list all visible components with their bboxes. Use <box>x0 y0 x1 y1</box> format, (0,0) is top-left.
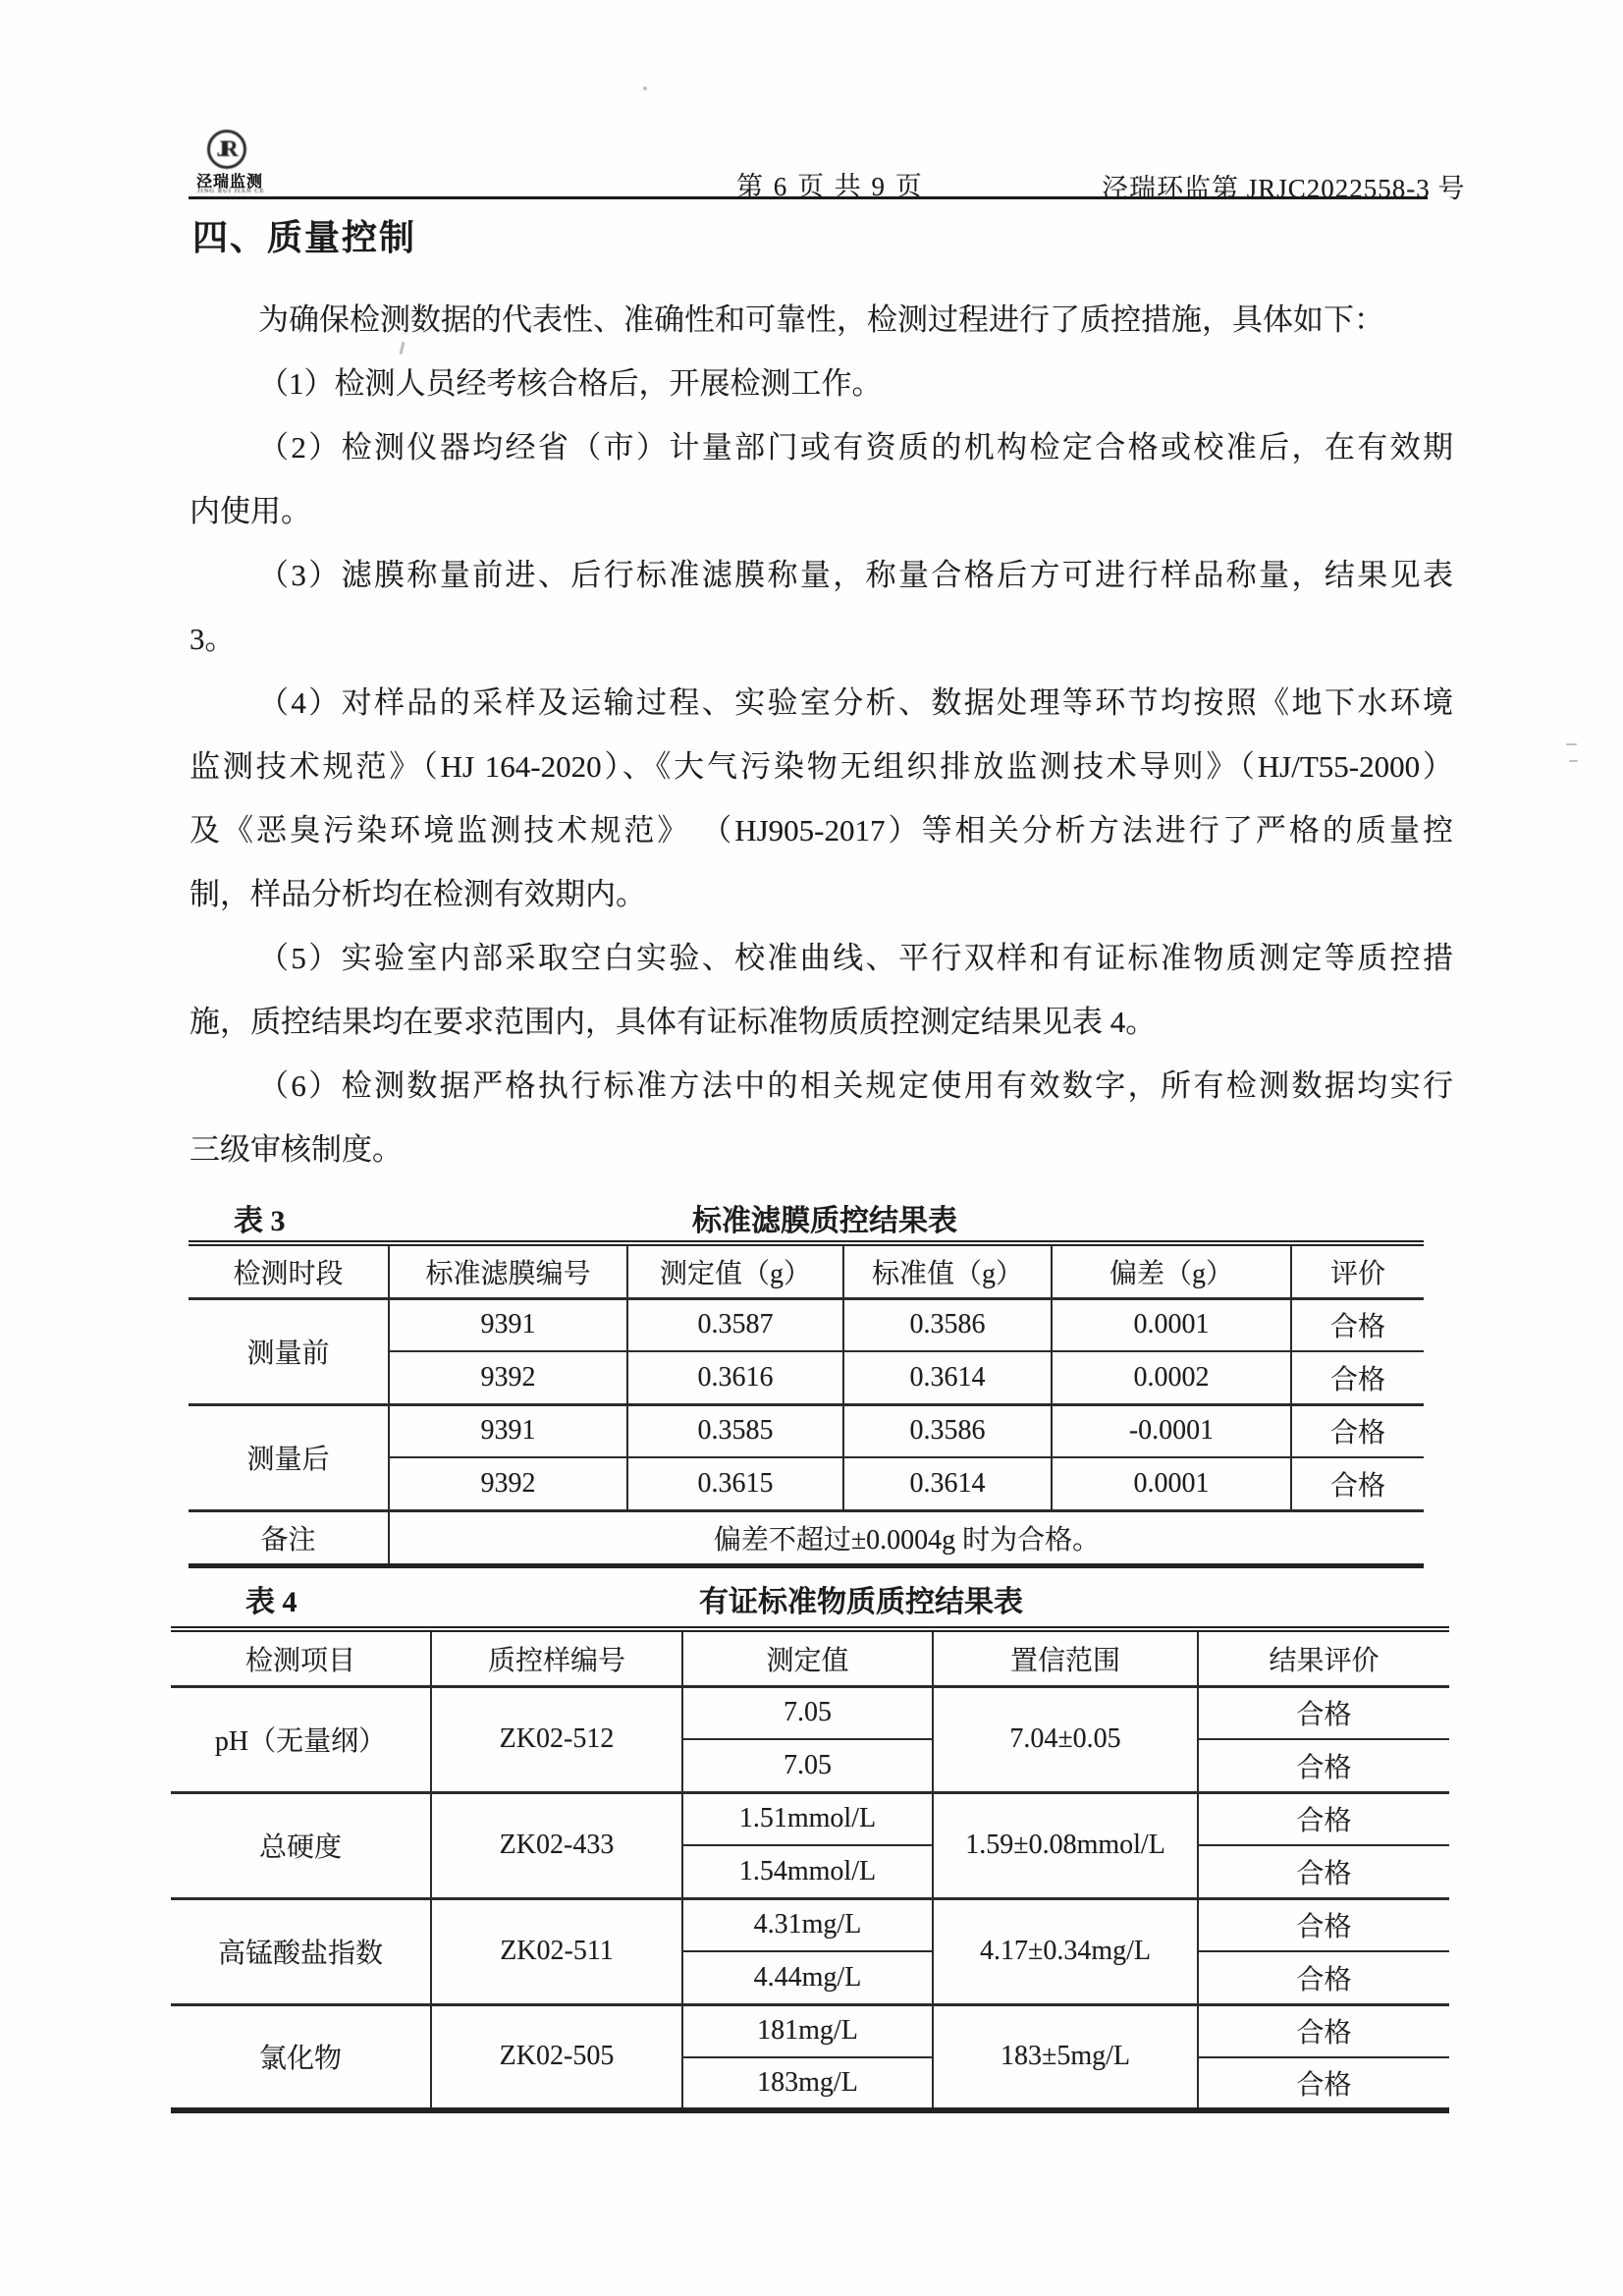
body-line: （1）检测人员经考核合格后，开展检测工作。 <box>189 352 1453 415</box>
scan-speck <box>1566 743 1577 745</box>
cell-code: ZK02-512 <box>431 1686 682 1792</box>
table-row: 氯化物 ZK02-505 181mg/L 183±5mg/L 合格 <box>171 2004 1449 2057</box>
note-label: 备注 <box>189 1510 389 1565</box>
cell-period: 测量后 <box>189 1404 389 1510</box>
report-page: JR 泾瑞监测 JING RUI JIAN CE 第 6 页 共 9 页 泾瑞环… <box>0 0 1623 2296</box>
cell: 0.0002 <box>1052 1351 1291 1404</box>
table-header-row: 检测项目 质控样编号 测定值 置信范围 结果评价 <box>171 1629 1449 1686</box>
body-line: （5）实验室内部采取空白实验、校准曲线、平行双样和有证标准物质测定等质控措 <box>189 926 1453 990</box>
header-divider <box>189 196 1428 199</box>
body-line: 及《恶臭污染环境监测技术规范》 （HJ905-2017）等相关分析方法进行了严格… <box>189 798 1453 862</box>
document-number: 泾瑞环监第 JRJC2022558-3 号 <box>1102 167 1466 205</box>
logo-pinyin: JING RUI JIAN CE <box>197 188 262 194</box>
cell: 合格 <box>1198 1686 1449 1739</box>
table-row: 测量后 9391 0.3585 0.3586 -0.0001 合格 <box>189 1404 1424 1457</box>
cell: 181mg/L <box>682 2004 933 2057</box>
body-line: （4）对样品的采样及运输过程、实验室分析、数据处理等环节均按照《地下水环境 <box>189 671 1453 735</box>
note-text: 偏差不超过±0.0004g 时为合格。 <box>389 1510 1424 1565</box>
body-line: （6）检测数据严格执行标准方法中的相关规定使用有效数字，所有检测数据均实行 <box>189 1054 1453 1118</box>
scan-speck <box>643 86 647 90</box>
cell: 1.54mmol/L <box>682 1845 933 1898</box>
cell: -0.0001 <box>1052 1404 1291 1457</box>
scan-speck <box>1569 760 1578 762</box>
column-header: 标准值（g） <box>843 1243 1052 1298</box>
cell-range: 183±5mg/L <box>933 2004 1198 2110</box>
cell: 合格 <box>1198 1792 1449 1845</box>
cell: 7.05 <box>682 1686 933 1739</box>
cell: 1.51mmol/L <box>682 1792 933 1845</box>
cell-range: 4.17±0.34mg/L <box>933 1898 1198 2004</box>
cell: 0.3616 <box>627 1351 843 1404</box>
cell: 0.3614 <box>843 1457 1052 1510</box>
body-line: （3）滤膜称量前进、后行标准滤膜称量，称量合格后方可进行样品称量，结果见表 <box>189 543 1453 607</box>
table4-caption: 有证标准物质质控结果表 <box>226 1577 1496 1620</box>
section-title: 四、质量控制 <box>192 210 416 260</box>
cell: 4.31mg/L <box>682 1898 933 1951</box>
cell: 合格 <box>1291 1298 1424 1351</box>
cell: 0.3586 <box>843 1404 1052 1457</box>
cell-item: 总硬度 <box>171 1792 431 1898</box>
cell: 0.3585 <box>627 1404 843 1457</box>
body-line: 内使用。 <box>189 479 1453 543</box>
table-row: 高锰酸盐指数 ZK02-511 4.31mg/L 4.17±0.34mg/L 合… <box>171 1898 1449 1951</box>
cell: 合格 <box>1198 1845 1449 1898</box>
cell: 0.3615 <box>627 1457 843 1510</box>
body-line: 三级审核制度。 <box>189 1118 1453 1181</box>
table-row: pH（无量纲） ZK02-512 7.05 7.04±0.05 合格 <box>171 1686 1449 1739</box>
column-header: 检测时段 <box>189 1243 389 1298</box>
cell-item: 氯化物 <box>171 2004 431 2110</box>
column-header: 测定值（g） <box>627 1243 843 1298</box>
jr-logo-icon: JR <box>207 130 246 169</box>
column-header: 偏差（g） <box>1052 1243 1291 1298</box>
cell: 0.3587 <box>627 1298 843 1351</box>
body-line: 制，样品分析均在检测有效期内。 <box>189 862 1453 926</box>
cell: 合格 <box>1291 1404 1424 1457</box>
cell: 合格 <box>1291 1457 1424 1510</box>
column-header: 结果评价 <box>1198 1629 1449 1686</box>
cell: 合格 <box>1291 1351 1424 1404</box>
cell-item: 高锰酸盐指数 <box>171 1898 431 2004</box>
cell: 183mg/L <box>682 2057 933 2110</box>
cell-range: 7.04±0.05 <box>933 1686 1198 1792</box>
body-line: 3。 <box>189 607 1453 671</box>
cell-item: pH（无量纲） <box>171 1686 431 1792</box>
cell-code: ZK02-505 <box>431 2004 682 2110</box>
cell: 0.0001 <box>1052 1298 1291 1351</box>
table3-filter-qc: 检测时段 标准滤膜编号 测定值（g） 标准值（g） 偏差（g） 评价 测量前 9… <box>189 1240 1424 1568</box>
cell: 合格 <box>1198 2057 1449 2110</box>
cell: 0.3614 <box>843 1351 1052 1404</box>
column-header: 质控样编号 <box>431 1629 682 1686</box>
cell-period: 测量前 <box>189 1298 389 1404</box>
cell: 0.3586 <box>843 1298 1052 1351</box>
cell: 0.0001 <box>1052 1457 1291 1510</box>
cell: 9392 <box>389 1457 627 1510</box>
table-row: 测量前 9391 0.3587 0.3586 0.0001 合格 <box>189 1298 1424 1351</box>
cell: 9392 <box>389 1351 627 1404</box>
body-line: （2）检测仪器均经省（市）计量部门或有资质的机构检定合格或校准后，在有效期 <box>189 415 1453 479</box>
table-row: 总硬度 ZK02-433 1.51mmol/L 1.59±0.08mmol/L … <box>171 1792 1449 1845</box>
body-text: 为确保检测数据的代表性、准确性和可靠性，检测过程进行了质控措施，具体如下： （1… <box>189 288 1453 1181</box>
table4-crm-qc: 检测项目 质控样编号 测定值 置信范围 结果评价 pH（无量纲） ZK02-51… <box>171 1626 1449 2113</box>
cell-code: ZK02-511 <box>431 1898 682 2004</box>
body-line: 施，质控结果均在要求范围内，具体有证标准物质质控测定结果见表 4。 <box>189 990 1453 1054</box>
column-header: 标准滤膜编号 <box>389 1243 627 1298</box>
table3-caption: 标准滤膜质控结果表 <box>187 1196 1463 1239</box>
cell: 9391 <box>389 1404 627 1457</box>
cell: 合格 <box>1198 2004 1449 2057</box>
column-header: 测定值 <box>682 1629 933 1686</box>
cell: 合格 <box>1198 1739 1449 1792</box>
column-header: 检测项目 <box>171 1629 431 1686</box>
body-line: 监测技术规范》（HJ 164-2020）、《大气污染物无组织排放监测技术导则》（… <box>189 735 1453 798</box>
column-header: 评价 <box>1291 1243 1424 1298</box>
cell: 合格 <box>1198 1951 1449 2004</box>
table-header-row: 检测时段 标准滤膜编号 测定值（g） 标准值（g） 偏差（g） 评价 <box>189 1243 1424 1298</box>
table-note-row: 备注 偏差不超过±0.0004g 时为合格。 <box>189 1510 1424 1565</box>
cell: 7.05 <box>682 1739 933 1792</box>
cell: 合格 <box>1198 1898 1449 1951</box>
cell: 9391 <box>389 1298 627 1351</box>
column-header: 置信范围 <box>933 1629 1198 1686</box>
cell: 4.44mg/L <box>682 1951 933 2004</box>
cell-code: ZK02-433 <box>431 1792 682 1898</box>
cell-range: 1.59±0.08mmol/L <box>933 1792 1198 1898</box>
body-line: 为确保检测数据的代表性、准确性和可靠性，检测过程进行了质控措施，具体如下： <box>189 288 1453 352</box>
